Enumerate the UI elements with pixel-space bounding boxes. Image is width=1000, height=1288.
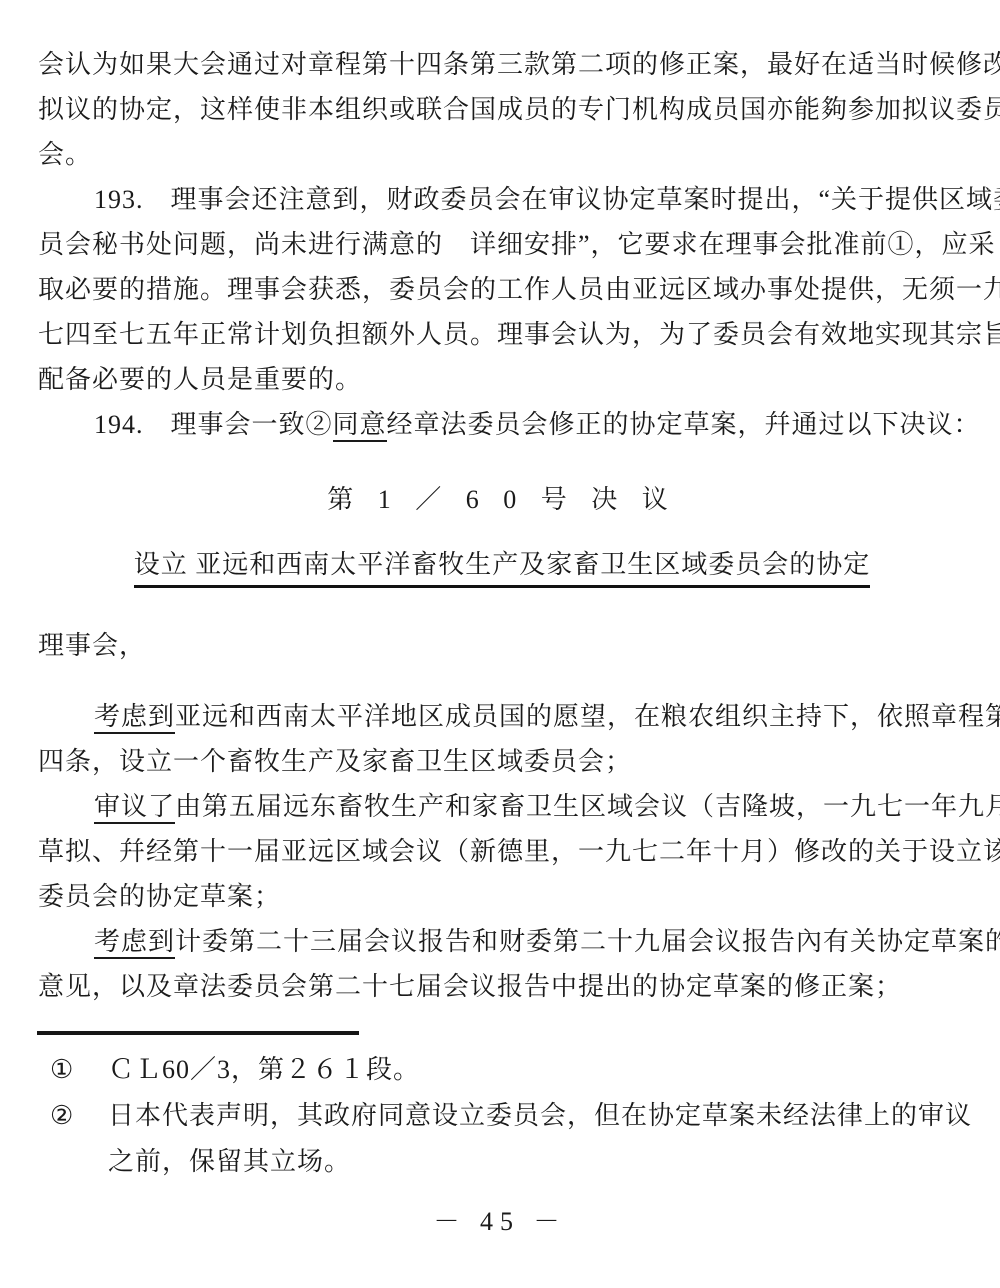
text-segment: 经章法委员会修正的协定草案，幷通过以下决议：: [387, 410, 981, 439]
footnote-item: ②日本代表声明，其政府同意设立委员会，但在协定草案未经法律上的审议之前，保留其立…: [50, 1093, 1000, 1185]
text-segment: 由第五届远东畜牧生产和家畜卫生区域会议（吉隆坡，一九七一年九月）: [175, 792, 1000, 821]
text-segment: 第 1 ／ 6 0 号 决 议: [327, 485, 677, 514]
underlined-text: 考虑到: [94, 927, 175, 959]
underlined-text: 考虑到: [94, 702, 175, 734]
footnote-divider: [37, 1031, 359, 1035]
text-segment: 四条，设立一个畜牧生产及家畜卫生区域委员会；: [38, 747, 632, 776]
text-segment: 员会秘书处问题，尚未进行满意的 详细安排”，它要求在理事会批准前①，应采: [38, 230, 996, 259]
text-line: 审议了由第五届远东畜牧生产和家畜卫生区域会议（吉隆坡，一九七一年九月）: [38, 784, 966, 829]
text-line: 取必要的措施。理事会获悉，委员会的工作人员由亚远区域办事处提供，无须一九: [38, 267, 966, 312]
text-segment: 意见，以及章法委员会第二十七届会议报告中提出的协定草案的修正案；: [38, 972, 902, 1001]
underlined-text: 同意: [333, 410, 387, 442]
text-segment: 194. 理事会一致②: [94, 410, 333, 439]
text-line: 草拟、幷经第十一届亚远区域会议（新德里，一九七二年十月）修改的关于设立该: [38, 829, 966, 874]
document-body: 会认为如果大会通过对章程第十四条第三款第二项的修正案，最好在适当时候修改拟议的协…: [0, 0, 1000, 1009]
text-line: 员会秘书处问题，尚未进行满意的 详细安排”，它要求在理事会批准前①，应采: [38, 222, 966, 267]
text-line: 193. 理事会还注意到，财政委员会在审议协定草案时提出，“关于提供区域委: [38, 177, 966, 222]
text-segment: 草拟、幷经第十一届亚远区域会议（新德里，一九七二年十月）修改的关于设立该: [38, 837, 1000, 866]
text-line: 理事会，: [38, 623, 966, 668]
page-number: － 45 －: [0, 1201, 1000, 1238]
footnote-item: ①ＣＬ60／3，第２６１段。: [50, 1047, 1000, 1093]
text-segment: 七四至七五年正常计划负担额外人员。理事会认为，为了委员会有效地实现其宗旨，: [38, 320, 1000, 349]
text-segment: 配备必要的人员是重要的。: [38, 365, 362, 394]
text-line: ＣＬ60／3，第２６１段。: [108, 1047, 420, 1093]
text-line: 意见，以及章法委员会第二十七届会议报告中提出的协定草案的修正案；: [38, 964, 966, 1009]
text-segment: 委员会的协定草案；: [38, 882, 281, 911]
text-line: 设立 亚远和西南太平洋畜牧生产及家畜卫生区域委员会的协定: [38, 542, 966, 587]
text-line: 之前，保留其立场。: [108, 1139, 972, 1185]
text-line: 配备必要的人员是重要的。: [38, 357, 966, 402]
text-line: 考虑到计委第二十三届会议报告和财委第二十九届会议报告內有关协定草案的: [38, 919, 966, 964]
text-line: 会。: [38, 132, 966, 177]
footnote-text: 日本代表声明，其政府同意设立委员会，但在协定草案未经法律上的审议之前，保留其立场…: [108, 1093, 972, 1185]
text-line: 日本代表声明，其政府同意设立委员会，但在协定草案未经法律上的审议: [108, 1093, 972, 1139]
document-page: 会认为如果大会通过对章程第十四条第三款第二项的修正案，最好在适当时候修改拟议的协…: [0, 0, 1000, 1288]
text-segment: 拟议的协定，这样使非本组织或联合国成员的专门机构成员国亦能夠参加拟议委员: [38, 95, 1000, 124]
text-segment: 计委第二十三届会议报告和财委第二十九届会议报告內有关协定草案的: [175, 927, 1000, 956]
text-segment: 亚远和西南太平洋地区成员国的愿望，在粮农组织主持下，依照章程第十: [175, 702, 1000, 731]
footnotes: ①ＣＬ60／3，第２６１段。②日本代表声明，其政府同意设立委员会，但在协定草案未…: [0, 1047, 1000, 1185]
underlined-text: 审议了: [94, 792, 175, 824]
text-segment: 193. 理事会还注意到，财政委员会在审议协定草案时提出，“关于提供区域委: [94, 185, 1000, 214]
text-line: 委员会的协定草案；: [38, 874, 966, 919]
underlined-text: 设立 亚远和西南太平洋畜牧生产及家畜卫生区域委员会的协定: [134, 550, 871, 588]
text-line: 四条，设立一个畜牧生产及家畜卫生区域委员会；: [38, 739, 966, 784]
text-line: 194. 理事会一致②同意经章法委员会修正的协定草案，幷通过以下决议：: [38, 402, 966, 447]
footnote-text: ＣＬ60／3，第２６１段。: [108, 1047, 420, 1093]
text-segment: 理事会，: [38, 631, 146, 660]
text-line: 会认为如果大会通过对章程第十四条第三款第二项的修正案，最好在适当时候修改: [38, 42, 966, 87]
text-line: 拟议的协定，这样使非本组织或联合国成员的专门机构成员国亦能夠参加拟议委员: [38, 87, 966, 132]
text-line: 考虑到亚远和西南太平洋地区成员国的愿望，在粮农组织主持下，依照章程第十: [38, 694, 966, 739]
footnote-marker: ①: [50, 1047, 108, 1093]
text-segment: 取必要的措施。理事会获悉，委员会的工作人员由亚远区域办事处提供，无须一九: [38, 275, 1000, 304]
footnote-marker: ②: [50, 1093, 108, 1185]
text-segment: 会认为如果大会通过对章程第十四条第三款第二项的修正案，最好在适当时候修改: [38, 50, 1000, 79]
text-line: 七四至七五年正常计划负担额外人员。理事会认为，为了委员会有效地实现其宗旨，: [38, 312, 966, 357]
text-line: 第 1 ／ 6 0 号 决 议: [38, 477, 966, 522]
text-segment: 会。: [38, 140, 92, 169]
